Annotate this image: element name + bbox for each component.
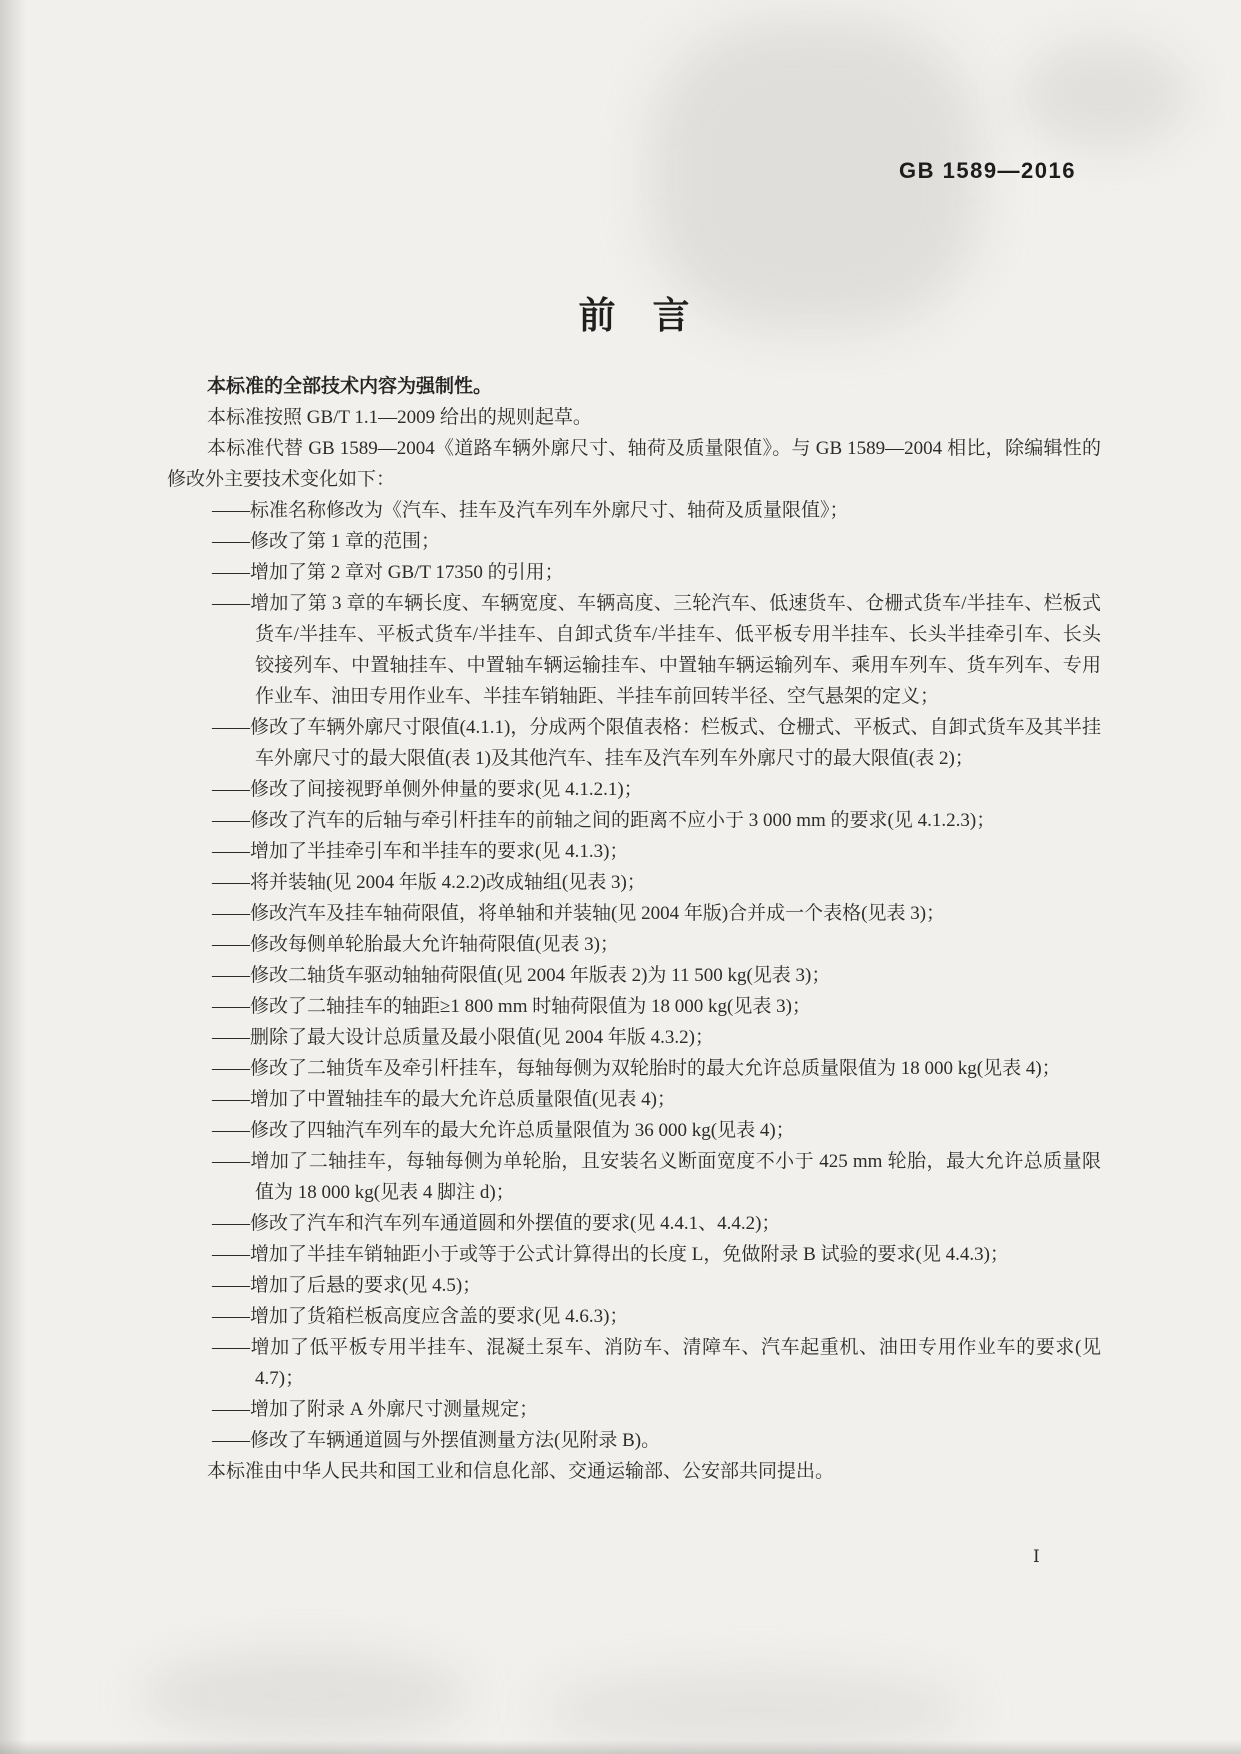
scan-artifact — [0, 0, 26, 1754]
standard-number: GB 1589—2016 — [899, 158, 1076, 184]
document-page: GB 1589—2016 前 言 本标准的全部技术内容为强制性。 本标准按照 G… — [0, 0, 1241, 1754]
foreword-paragraph: 本标准代替 GB 1589—2004《道路车辆外廓尺寸、轴荷及质量限值》。与 G… — [167, 433, 1101, 495]
foreword-lead-paragraph: 本标准的全部技术内容为强制性。 — [167, 371, 1101, 402]
change-list-item: ——修改了四轴汽车列车的最大允许总质量限值为 36 000 kg(见表 4)； — [167, 1115, 1101, 1146]
change-list-item: ——增加了第 3 章的车辆长度、车辆宽度、车辆高度、三轮汽车、低速货车、仓栅式货… — [167, 588, 1101, 712]
page-title: 前 言 — [167, 285, 1101, 339]
change-list-item: ——增加了半挂牵引车和半挂车的要求(见 4.1.3)； — [167, 836, 1101, 867]
change-list-item: ——增加了半挂车销轴距小于或等于公式计算得出的长度 L，免做附录 B 试验的要求… — [167, 1239, 1101, 1270]
change-list-item: ——删除了最大设计总质量及最小限值(见 2004 年版 4.3.2)； — [167, 1022, 1101, 1053]
change-list-item: ——修改了汽车的后轴与牵引杆挂车的前轴之间的距离不应小于 3 000 mm 的要… — [167, 805, 1101, 836]
foreword-content: 本标准的全部技术内容为强制性。 本标准按照 GB/T 1.1—2009 给出的规… — [167, 371, 1101, 1487]
scan-artifact — [140, 1650, 470, 1740]
page-number: Ⅰ — [1033, 1547, 1040, 1567]
scan-artifact — [1020, 40, 1190, 150]
foreword-paragraph: 本标准按照 GB/T 1.1—2009 给出的规则起草。 — [167, 402, 1101, 433]
change-list-item: ——修改汽车及挂车轴荷限值，将单轴和并装轴(见 2004 年版)合并成一个表格(… — [167, 898, 1101, 929]
change-list-item: ——标准名称修改为《汽车、挂车及汽车列车外廓尺寸、轴荷及质量限值》； — [167, 495, 1101, 526]
change-list-item: ——增加了第 2 章对 GB/T 17350 的引用； — [167, 557, 1101, 588]
scan-artifact — [0, 1740, 1241, 1754]
change-list-item: ——修改了二轴挂车的轴距≥1 800 mm 时轴荷限值为 18 000 kg(见… — [167, 991, 1101, 1022]
change-list-item: ——修改了车辆外廓尺寸限值(4.1.1)，分成两个限值表格：栏板式、仓栅式、平板… — [167, 712, 1101, 774]
change-list-item: ——增加了附录 A 外廓尺寸测量规定； — [167, 1394, 1101, 1425]
scan-artifact — [540, 1670, 970, 1750]
change-list-item: ——修改了车辆通道圆与外摆值测量方法(见附录 B)。 — [167, 1425, 1101, 1456]
change-list-item: ——修改了汽车和汽车列车通道圆和外摆值的要求(见 4.4.1、4.4.2)； — [167, 1208, 1101, 1239]
change-list-item: ——增加了货箱栏板高度应含盖的要求(见 4.6.3)； — [167, 1301, 1101, 1332]
change-list-item: ——增加了后悬的要求(见 4.5)； — [167, 1270, 1101, 1301]
change-list-item: ——增加了中置轴挂车的最大允许总质量限值(见表 4)； — [167, 1084, 1101, 1115]
change-list-item: ——增加了低平板专用半挂车、混凝土泵车、消防车、清障车、汽车起重机、油田专用作业… — [167, 1332, 1101, 1394]
change-list-item: ——增加了二轴挂车，每轴每侧为单轮胎，且安装名义断面宽度不小于 425 mm 轮… — [167, 1146, 1101, 1208]
change-list-item: ——修改了第 1 章的范围； — [167, 526, 1101, 557]
change-list-item: ——修改了二轴货车及牵引杆挂车，每轴每侧为双轮胎时的最大允许总质量限值为 18 … — [167, 1053, 1101, 1084]
change-list-item: ——将并装轴(见 2004 年版 4.2.2)改成轴组(见表 3)； — [167, 867, 1101, 898]
foreword-closing-paragraph: 本标准由中华人民共和国工业和信息化部、交通运输部、公安部共同提出。 — [167, 1456, 1101, 1487]
change-list-item: ——修改二轴货车驱动轴轴荷限值(见 2004 年版表 2)为 11 500 kg… — [167, 960, 1101, 991]
change-list-item: ——修改每侧单轮胎最大允许轴荷限值(见表 3)； — [167, 929, 1101, 960]
change-list-item: ——修改了间接视野单侧外伸量的要求(见 4.1.2.1)； — [167, 774, 1101, 805]
